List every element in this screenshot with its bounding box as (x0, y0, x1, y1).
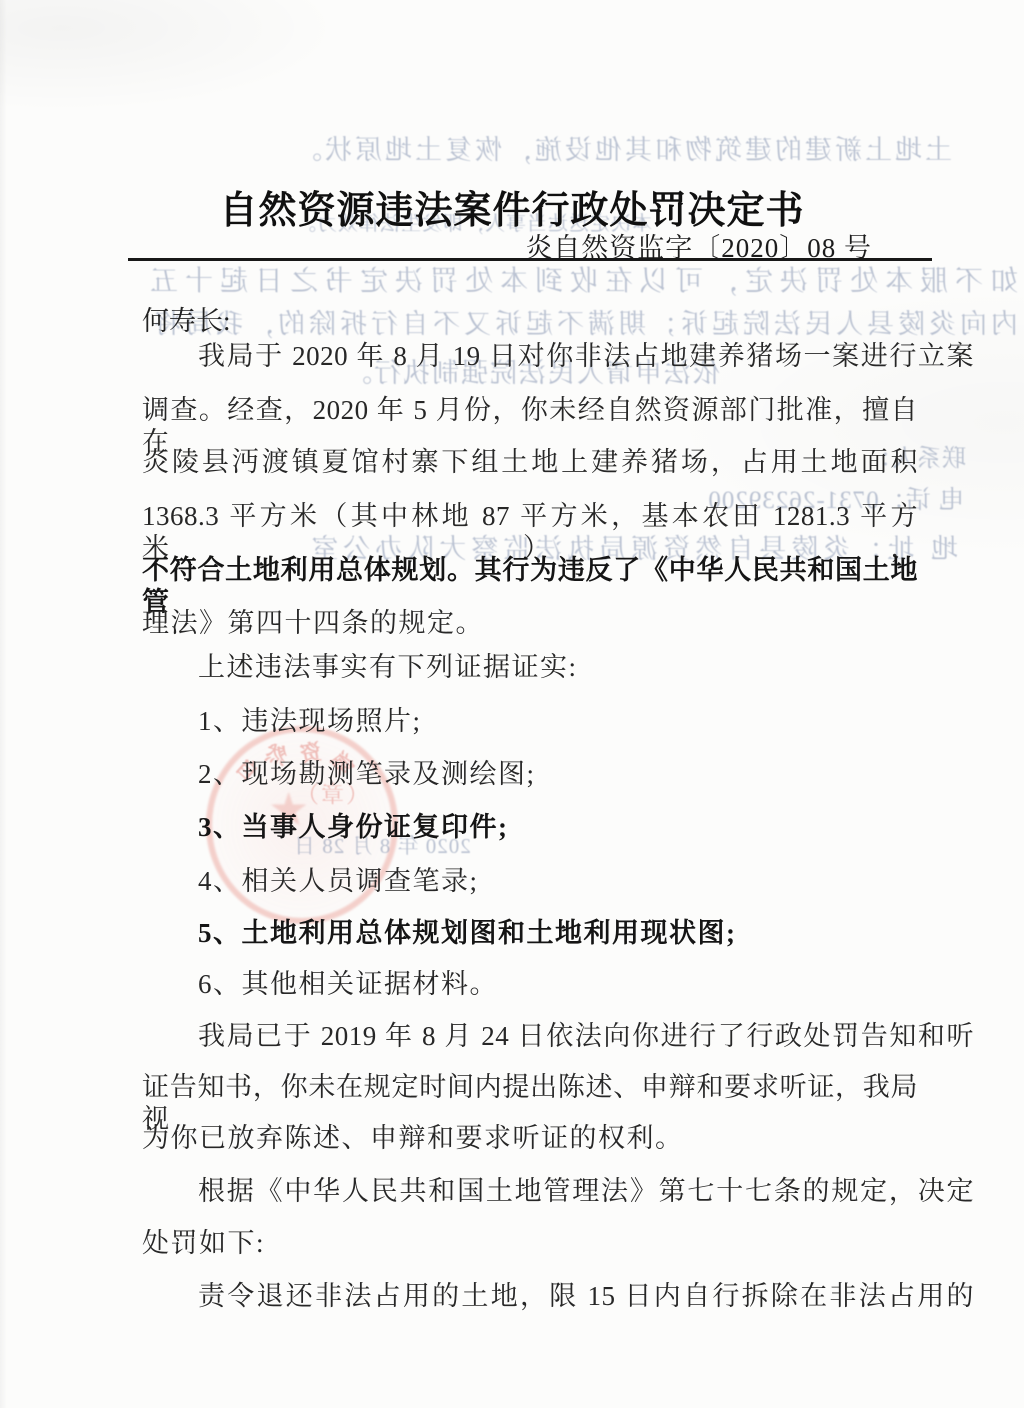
body-line: 2、现场勘测笔录及测绘图; (142, 758, 974, 790)
body-line: 3、当事人身份证复印件; (142, 811, 974, 843)
body-line: 根据《中华人民共和国土地管理法》第七十七条的规定，决定 (142, 1175, 974, 1207)
body-line: 处罚如下: (142, 1227, 918, 1259)
body-line: 炎陵县沔渡镇夏馆村寨下组土地上建养猪场，占用土地面积 (142, 446, 918, 478)
body-line: 理法》第四十四条的规定。 (142, 607, 918, 639)
body-line: 上述违法事实有下列证据证实: (142, 651, 974, 683)
doc-number-underline (128, 258, 932, 261)
body-line: 1、违法现场照片; (142, 705, 974, 737)
document-content: 自然资源违法案件行政处罚决定书 炎自然资监字〔2020〕08 号 何寿长: 我局… (0, 0, 1024, 1408)
addressee-salutation: 何寿长: (142, 299, 231, 338)
body-line: 4、相关人员调查笔录; (142, 865, 974, 897)
body-line: 为你已放弃陈述、申辩和要求听证的权利。 (142, 1122, 918, 1154)
body-line: 我局已于 2019 年 8 月 24 日依法向你进行了行政处罚告知和听 (142, 1020, 974, 1052)
body-line: 责令退还非法占用的土地，限 15 日内自行拆除在非法占用的 (142, 1280, 974, 1312)
scanned-document-page: 土地上新建的建筑物和其他设施，恢复土地原状。本决定送达当事人，即发生法律效力。如… (0, 0, 1024, 1408)
body-line: 我局于 2020 年 8 月 19 日对你非法占地建养猪场一案进行立案 (142, 340, 974, 372)
body-line: 6、其他相关证据材料。 (142, 968, 974, 1000)
body-line: 5、土地利用总体规划图和土地利用现状图; (142, 917, 974, 949)
